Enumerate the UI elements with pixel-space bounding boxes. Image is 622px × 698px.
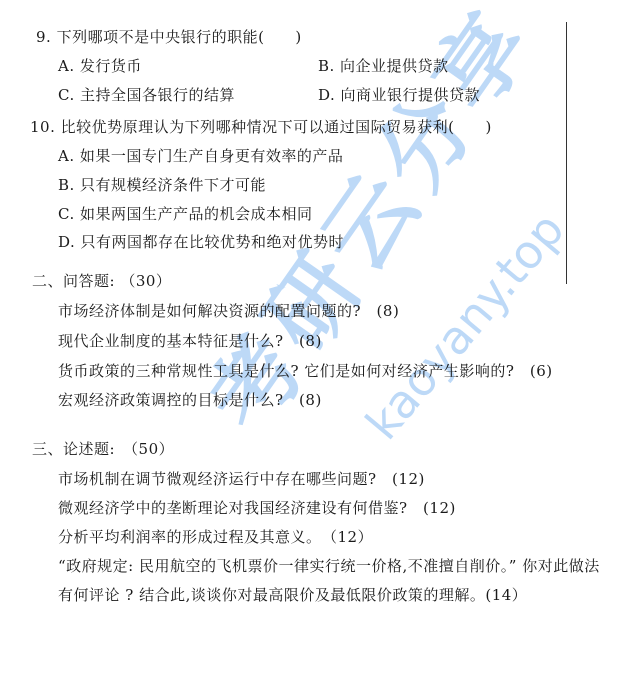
question-10-stem: 10. 比较优势原理认为下列哪种情况下可以通过国际贸易获利( ) [30,118,492,136]
question-10-option-a: A. 如果一国专门生产自身更有效率的产品 [58,147,343,165]
section-3-question-2: 微观经济学中的垄断理论对我国经济建设有何借鉴? (12) [58,499,456,517]
question-9-option-a: A. 发行货币 [58,57,142,75]
section-2-heading: 二、问答题: （30） [32,272,171,290]
question-10-option-b: B. 只有规模经济条件下才可能 [58,176,266,194]
section-2-question-4: 宏观经济政策调控的目标是什么? (8) [58,391,322,409]
exam-page: 考研云分享 kaoyany.top 9. 下列哪项不是中央银行的职能( ) A.… [0,0,622,698]
margin-rule [566,22,567,284]
watermark-url: kaoyany.top [355,202,575,449]
section-3-question-3: 分析平均利润率的形成过程及其意义。 （12） [58,528,373,546]
question-10-option-c: C. 如果两国生产产品的机会成本相同 [58,205,312,223]
section-3-question-4-line-1: “政府规定: 民用航空的飞机票价一律实行统一价格,不准擅自削价。” 你对此做法 [58,557,600,575]
section-3-question-1: 市场机制在调节微观经济运行中存在哪些问题? (12) [58,470,425,488]
section-2-question-1: 市场经济体制是如何解决资源的配置问题的? (8) [58,302,399,320]
question-9-stem: 9. 下列哪项不是中央银行的职能( ) [36,28,302,46]
question-9-option-b: B. 向企业提供贷款 [318,57,449,75]
question-10-option-d: D. 只有两国都存在比较优势和绝对优势时 [58,233,344,251]
section-3-question-4-line-2: 有何评论 ? 结合此,谈谈你对最高限价及最低限价政策的理解。(14） [58,586,527,604]
question-9-option-d: D. 向商业银行提供贷款 [318,86,480,104]
section-2-question-3: 货币政策的三种常规性工具是什么? 它们是如何对经济产生影响的? (6) [58,362,553,380]
section-3-heading: 三、论述题: （50） [32,440,174,458]
section-2-question-2: 现代企业制度的基本特征是什么? (8) [58,332,322,350]
question-9-option-c: C. 主持全国各银行的结算 [58,86,235,104]
